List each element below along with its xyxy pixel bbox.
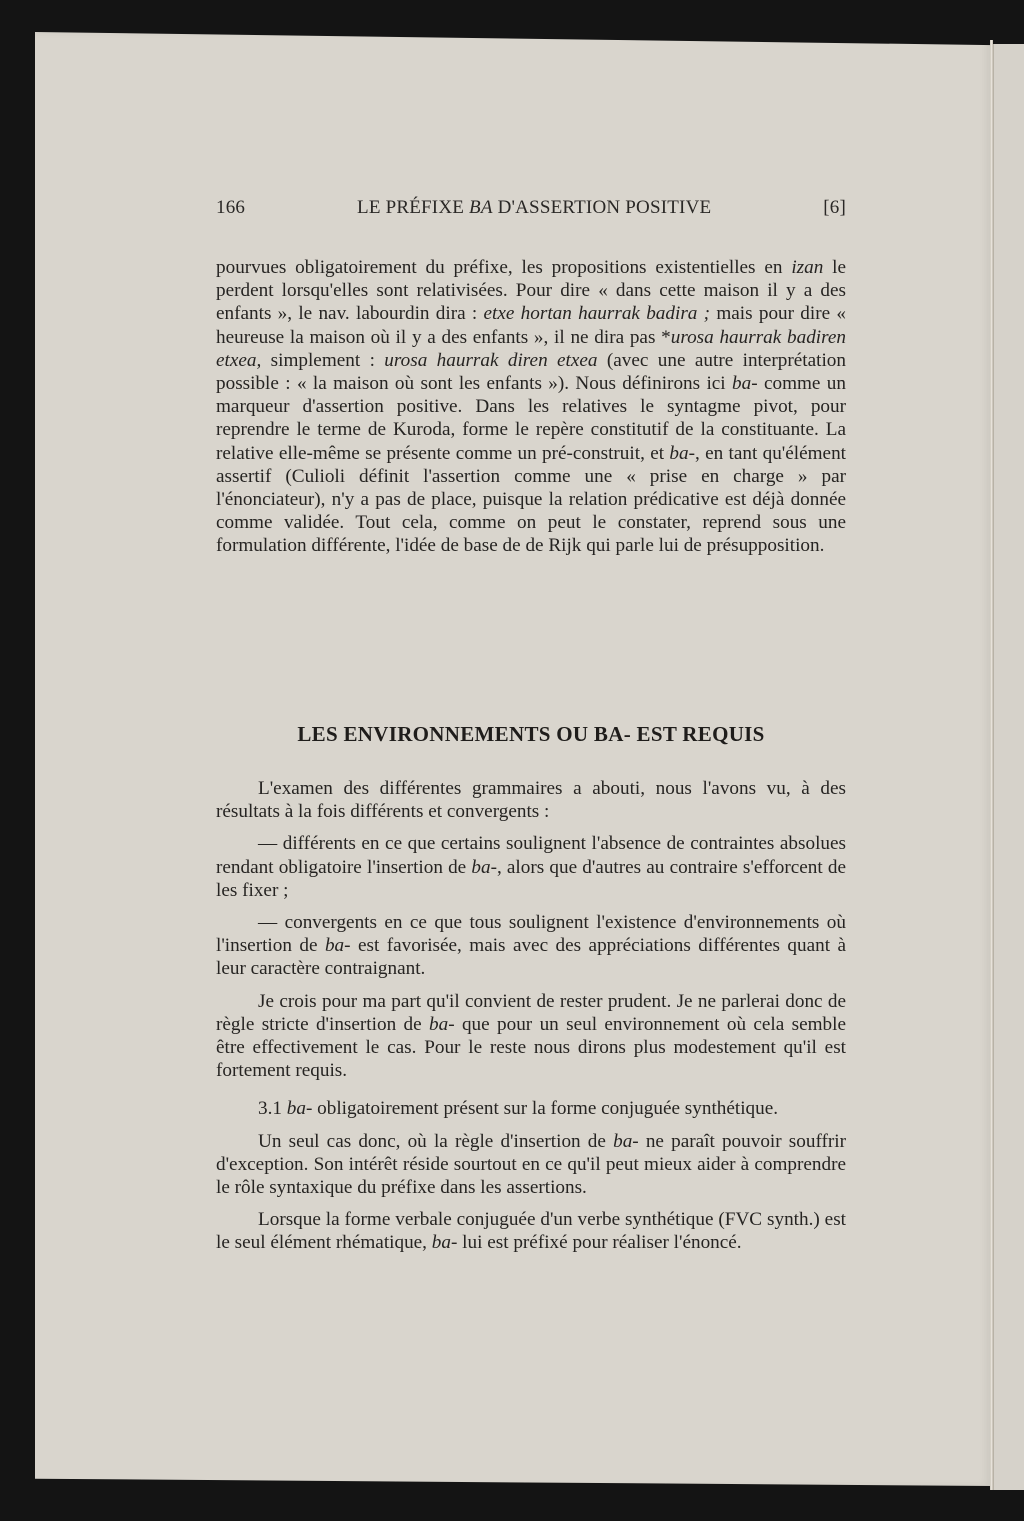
paragraph-4: Un seul cas donc, où la règle d'insertio… [216, 1130, 846, 1200]
paragraph-5: Lorsque la forme verbale conjuguée d'un … [216, 1208, 846, 1254]
subsection-3-1: 3.1 ba- obligatoirement présent sur la f… [216, 1097, 846, 1120]
running-head: 166 LE PRÉFIXE BA D'ASSERTION POSITIVE [… [216, 197, 846, 219]
paragraph-1: pourvues obligatoirement du préfixe, les… [216, 256, 846, 558]
body-text-top: pourvues obligatoirement du préfixe, les… [216, 256, 846, 558]
bullet-convergents: — convergents en ce que tous soulignent … [216, 911, 846, 981]
paragraph-2: L'examen des différentes grammaires a ab… [216, 777, 846, 823]
section-marker: [6] [823, 197, 846, 219]
body-text-bottom: L'examen des différentes grammaires a ab… [216, 777, 846, 1255]
bullet-differents: — différents en ce que certains souligne… [216, 832, 846, 902]
facing-page-edge [993, 44, 1024, 1490]
section-heading: LES ENVIRONNEMENTS OU BA- EST REQUIS [216, 722, 846, 747]
book-page [35, 32, 992, 1486]
running-title: LE PRÉFIXE BA D'ASSERTION POSITIVE [357, 197, 711, 219]
page-number: 166 [216, 197, 245, 219]
paragraph-3: Je crois pour ma part qu'il convient de … [216, 990, 846, 1083]
